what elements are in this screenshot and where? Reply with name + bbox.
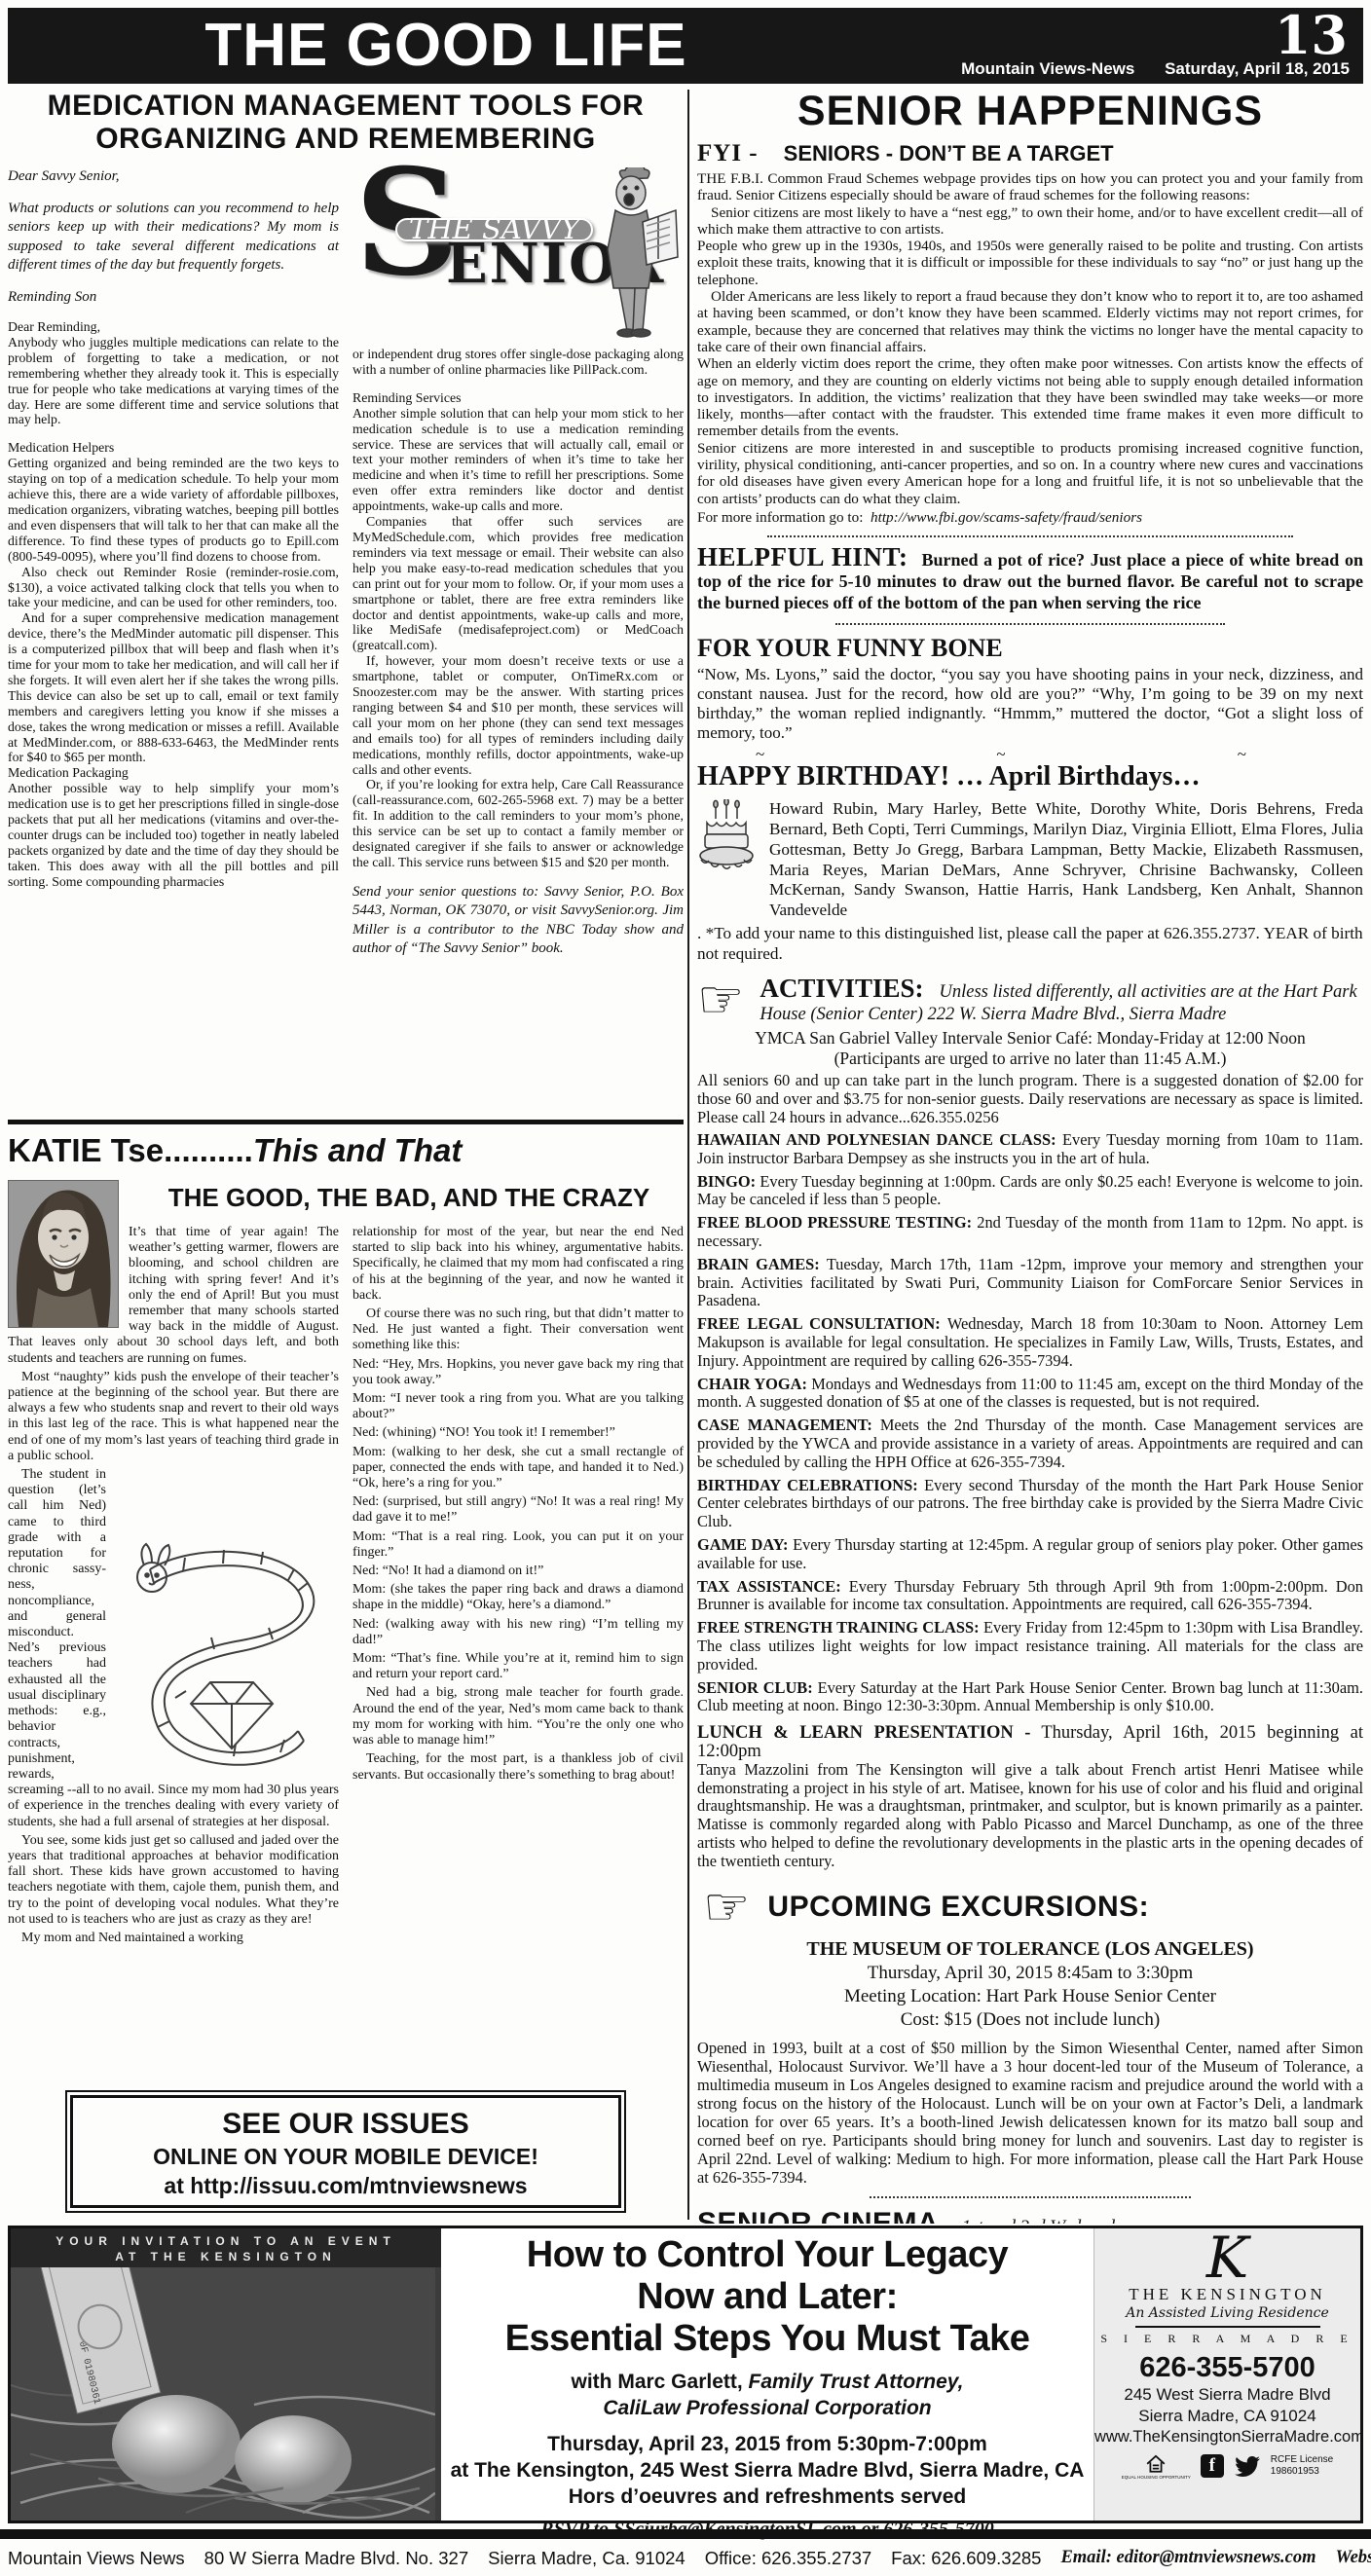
paragraph: Senior citizens are most likely to have … xyxy=(697,204,1363,239)
dialogue-line: Ned: (surprised, but still angry) “No! I… xyxy=(352,1494,684,1526)
activity-item: FREE STRENGTH TRAINING CLASS: Every Frid… xyxy=(697,1619,1363,1674)
savvy-senior-logo: S THE SAVVY ENIOR xyxy=(352,167,684,347)
equal-housing-icon: EQUAL HOUSING OPPORTUNITY xyxy=(1122,2452,1191,2480)
ad-headline: How to Control Your Legacy Now and Later… xyxy=(441,2234,1093,2360)
subhead-medication-packaging: Medication Packaging xyxy=(8,765,339,781)
dialogue-line: Ned: (whining) “NO! You took it! I remem… xyxy=(352,1425,684,1441)
ymca-cafe-note: (Participants are urged to arrive no lat… xyxy=(697,1049,1363,1069)
newspaper-page: THE GOOD LIFE 13 Mountain Views-News Sat… xyxy=(0,0,1371,2576)
bottom-rule xyxy=(0,2529,1371,2539)
fyi-heading: FYI - SENIORS - DON’T BE A TARGET xyxy=(697,140,1363,167)
senior-happenings-column: SENIOR HAPPENINGS FYI - SENIORS - DON’T … xyxy=(697,86,1363,2224)
rule xyxy=(1135,2326,1320,2328)
helpful-hint: HELPFUL HINT:Burned a pot of rice? Just … xyxy=(697,546,1363,613)
salutation: Dear Savvy Senior, xyxy=(8,167,339,187)
subhead-reminding-services: Reminding Services xyxy=(352,390,684,406)
footer-city: Sierra Madre, Ca. 91024 xyxy=(488,2548,685,2569)
fyi-body: THE F.B.I. Common Fraud Schemes webpage … xyxy=(697,170,1363,526)
issue-date: Saturday, April 18, 2015 xyxy=(1165,59,1350,78)
nest-egg-photo: 0F 01980361 A xyxy=(11,2267,435,2521)
kensington-monogram: K xyxy=(1094,2230,1360,2285)
paragraph: Older Americans are less likely to repor… xyxy=(697,288,1363,355)
masthead-banner: THE GOOD LIFE 13 Mountain Views-News Sat… xyxy=(8,8,1363,84)
katie-column-2: relationship for most of the year, but n… xyxy=(352,1225,684,1949)
column-title: KATIE Tse..........This and That xyxy=(8,1132,684,1169)
birthday-cake-icon xyxy=(697,799,756,877)
paragraph: Anybody who juggles multiple medications… xyxy=(8,335,339,427)
paragraph: or independent drug stores offer single-… xyxy=(352,347,684,378)
pointing-hand-icon: ☞ xyxy=(697,974,744,1026)
activity-item: CASE MANAGEMENT: Meets the 2nd Thursday … xyxy=(697,1417,1363,1471)
fbi-url: http://www.fbi.gov/scams-safety/fraud/se… xyxy=(871,509,1142,526)
paragraph: Getting organized and being reminded are… xyxy=(8,456,339,564)
ring-illustration xyxy=(117,1536,343,1840)
twitter-icon xyxy=(1234,2454,1261,2478)
footer-office: Office: 626.355.2737 xyxy=(705,2548,871,2569)
kensington-name: THE KENSINGTON xyxy=(1094,2285,1360,2304)
paragraph: Teaching, for the most part, is a thankl… xyxy=(352,1751,684,1783)
paragraph: Or, if you’re looking for extra help, Ca… xyxy=(352,777,684,869)
paragraph: Ned had a big, strong male teacher for f… xyxy=(352,1685,684,1748)
dialogue-line: Ned: “No! It had a diamond on it!” xyxy=(352,1564,684,1579)
ad-speaker: with Marc Garlett, Family Trust Attorney… xyxy=(441,2369,1093,2421)
footer-paper-name: Mountain Views News xyxy=(8,2548,185,2569)
footer-address: 80 W Sierra Madre Blvd. No. 327 xyxy=(204,2548,468,2569)
rcfe-license: RCFE License 198601953 xyxy=(1271,2454,1333,2478)
paragraph: People who grew up in the 1930s, 1940s, … xyxy=(697,238,1363,288)
kensington-city: S I E R R A M A D R E xyxy=(1094,2332,1360,2346)
paragraph: Another possible way to help simplify yo… xyxy=(8,781,339,889)
page-number: 13 xyxy=(1275,6,1348,64)
ymca-cafe-line: YMCA San Gabriel Valley Intervale Senior… xyxy=(697,1028,1363,1049)
excursions-heading: ☞ UPCOMING EXCURSIONS: xyxy=(697,1881,1363,1933)
promo-line: ONLINE ON YOUR MOBILE DEVICE! xyxy=(73,2144,618,2170)
excursion-details: THE MUSEUM OF TOLERANCE (LOS ANGELES) Th… xyxy=(697,1937,1363,2032)
promo-link: at http://issuu.com/mtnviewsnews xyxy=(73,2173,618,2199)
savvy-senior-article: MEDICATION MANAGEMENT TOOLS FOR ORGANIZI… xyxy=(8,90,684,1116)
kensington-phone: 626-355-5700 xyxy=(1094,2352,1360,2384)
column-divider xyxy=(687,90,689,2220)
footer-email: Email: editor@mtnviewsnews.com xyxy=(1060,2548,1315,2569)
dialogue-line: Mom: “That is a real ring. Look, you can… xyxy=(352,1529,684,1561)
paragraph: Senior citizens are more interested in a… xyxy=(697,440,1363,507)
paper-name: Mountain Views-News xyxy=(961,59,1134,78)
subhead-medication-helpers: Medication Helpers xyxy=(8,440,339,456)
paragraph: Most “naughty” kids push the envelope of… xyxy=(8,1370,339,1464)
ad-copy-panel: How to Control Your Legacy Now and Later… xyxy=(441,2228,1093,2521)
activity-item: FREE LEGAL CONSULTATION: Wednesday, Marc… xyxy=(697,1315,1363,1370)
footer-website: Website: www.mtnviewsnews.com xyxy=(1336,2548,1371,2569)
activity-item: BINGO: Every Tuesday beginning at 1:00pm… xyxy=(697,1173,1363,1210)
greeting: Dear Reminding, xyxy=(8,319,339,335)
paragraph: relationship for most of the year, but n… xyxy=(352,1225,684,1304)
paragraph: If, however, your mom doesn’t receive te… xyxy=(352,653,684,777)
katie-tse-column: KATIE Tse..........This and That THE GOO… xyxy=(8,1120,684,2093)
birthday-heading: HAPPY BIRTHDAY! … April Birthdays… xyxy=(697,760,1363,793)
kensington-ad: YOUR INVITATION TO AN EVENT AT THE KENSI… xyxy=(8,2226,1363,2523)
paragraph: THE F.B.I. Common Fraud Schemes webpage … xyxy=(697,170,1363,204)
divider-rule xyxy=(8,1120,684,1124)
ad-invite-header: YOUR INVITATION TO AN EVENT AT THE KENSI… xyxy=(11,2228,441,2267)
dotted-divider xyxy=(835,623,1225,625)
dialogue-line: Mom: “That’s fine. While you’re at it, r… xyxy=(352,1651,684,1682)
fyi-link-line: For more information go to: http://www.f… xyxy=(697,509,1363,526)
lunch-program-info: All seniors 60 and up can take part in t… xyxy=(697,1071,1363,1126)
funny-bone-text: “Now, Ms. Lyons,” said the doctor, “you … xyxy=(697,665,1363,743)
issue-info: Mountain Views-News Saturday, April 18, … xyxy=(936,59,1350,79)
kensington-address: 245 West Sierra Madre Blvd Sierra Madre,… xyxy=(1094,2384,1360,2427)
activity-item: GAME DAY: Every Thursday starting at 12:… xyxy=(697,1536,1363,1573)
birthday-note: . *To add your name to this distinguishe… xyxy=(697,923,1363,964)
footer-fax: Fax: 626.609.3285 xyxy=(891,2548,1041,2569)
paragraph: And for a super comprehensive medication… xyxy=(8,610,339,765)
dialogue-line: Mom: (she takes the paper ring back and … xyxy=(352,1582,684,1613)
activity-item: BIRTHDAY CELEBRATIONS: Every second Thur… xyxy=(697,1477,1363,1531)
dialogue-line: Ned: “Hey, Mrs. Hopkins, you never gave … xyxy=(352,1357,684,1388)
kensington-website: www.TheKensingtonSierraMadre.com xyxy=(1094,2428,1360,2447)
page-footer: Mountain Views News 80 W Sierra Madre Bl… xyxy=(8,2548,1369,2569)
activities-heading: ☞ ACTIVITIES: Unless listed differently,… xyxy=(697,974,1363,1026)
issuu-promo-box: SEE OUR ISSUES ONLINE ON YOUR MOBILE DEV… xyxy=(70,2095,621,2208)
paragraph: You see, some kids just get so callused … xyxy=(8,1833,339,1928)
dialogue-line: Mom: “I never took a ring from you. What… xyxy=(352,1391,684,1422)
katie-photo xyxy=(8,1180,119,1328)
activity-item: FREE BLOOD PRESSURE TESTING: 2nd Tuesday… xyxy=(697,1214,1363,1251)
story-headline: THE GOOD, THE BAD, AND THE CRAZY xyxy=(134,1183,684,1213)
savvy-column-2: S THE SAVVY ENIOR xyxy=(352,167,684,959)
activity-item: CHAIR YOGA: Mondays and Wednesdays from … xyxy=(697,1376,1363,1413)
pointing-hand-icon: ☞ xyxy=(703,1881,750,1933)
paragraph: When an elderly victim does report the c… xyxy=(697,355,1363,439)
paragraph: My mom and Ned maintained a working xyxy=(8,1931,339,1946)
excursion-description: Opened in 1993, built at a cost of $50 m… xyxy=(697,2039,1363,2187)
dotted-divider xyxy=(870,2196,1191,2198)
activity-item: TAX ASSISTANCE: Every Thursday February … xyxy=(697,1578,1363,1615)
kensington-info-panel: K THE KENSINGTON An Assisted Living Resi… xyxy=(1093,2228,1360,2521)
cinema-heading: SENIOR CINEMA • 1st and 3rd Wednesday xyxy=(697,2207,1363,2225)
column-closing: Send your senior questions to: Savvy Sen… xyxy=(352,883,684,959)
dotted-divider xyxy=(767,535,1293,537)
paragraph: Another simple solution that can help yo… xyxy=(352,406,684,514)
activity-item: SENIOR CLUB: Every Saturday at the Hart … xyxy=(697,1679,1363,1716)
paragraph: Of course there was no such ring, but th… xyxy=(352,1306,684,1354)
dialogue-line: Ned: (walking away with his new ring) “I… xyxy=(352,1617,684,1648)
paragraph: Also check out Reminder Rosie (reminder-… xyxy=(8,565,339,611)
ad-invite-panel: YOUR INVITATION TO AN EVENT AT THE KENSI… xyxy=(11,2228,441,2521)
ad-event-details: Thursday, April 23, 2015 from 5:30pm-7:0… xyxy=(441,2431,1093,2510)
section-heading: SENIOR HAPPENINGS xyxy=(697,86,1363,136)
section-title: THE GOOD LIFE xyxy=(8,10,767,82)
promo-line: SEE OUR ISSUES xyxy=(73,2108,618,2141)
tilde-ornaments: ~ ~ ~ xyxy=(697,749,1363,760)
activity-item: BRAIN GAMES: Tuesday, March 17th, 11am -… xyxy=(697,1256,1363,1310)
savvy-column-1: Dear Savvy Senior, What products or solu… xyxy=(8,167,339,959)
activity-item: HAWAIIAN AND POLYNESIAN DANCE CLASS: Eve… xyxy=(697,1131,1363,1168)
facebook-icon: f xyxy=(1201,2454,1224,2478)
paragraph: Companies that offer such services are M… xyxy=(352,514,684,653)
funny-bone-heading: FOR YOUR FUNNY BONE xyxy=(697,634,1363,663)
question-signer: Reminding Son xyxy=(8,288,339,308)
lunch-and-learn: LUNCH & LEARN PRESENTATION - Thursday, A… xyxy=(697,1724,1363,1870)
dialogue-line: Mom: (walking to her desk, she cut a sma… xyxy=(352,1445,684,1492)
kensington-tagline: An Assisted Living Residence xyxy=(1094,2305,1360,2321)
article-title: MEDICATION MANAGEMENT TOOLS FOR ORGANIZI… xyxy=(8,90,684,156)
savvy-senior-cartoon xyxy=(586,167,684,339)
reader-question: What products or solutions can you recom… xyxy=(8,200,339,276)
birthday-names: Howard Rubin, Mary Harley, Bette White, … xyxy=(769,799,1363,921)
